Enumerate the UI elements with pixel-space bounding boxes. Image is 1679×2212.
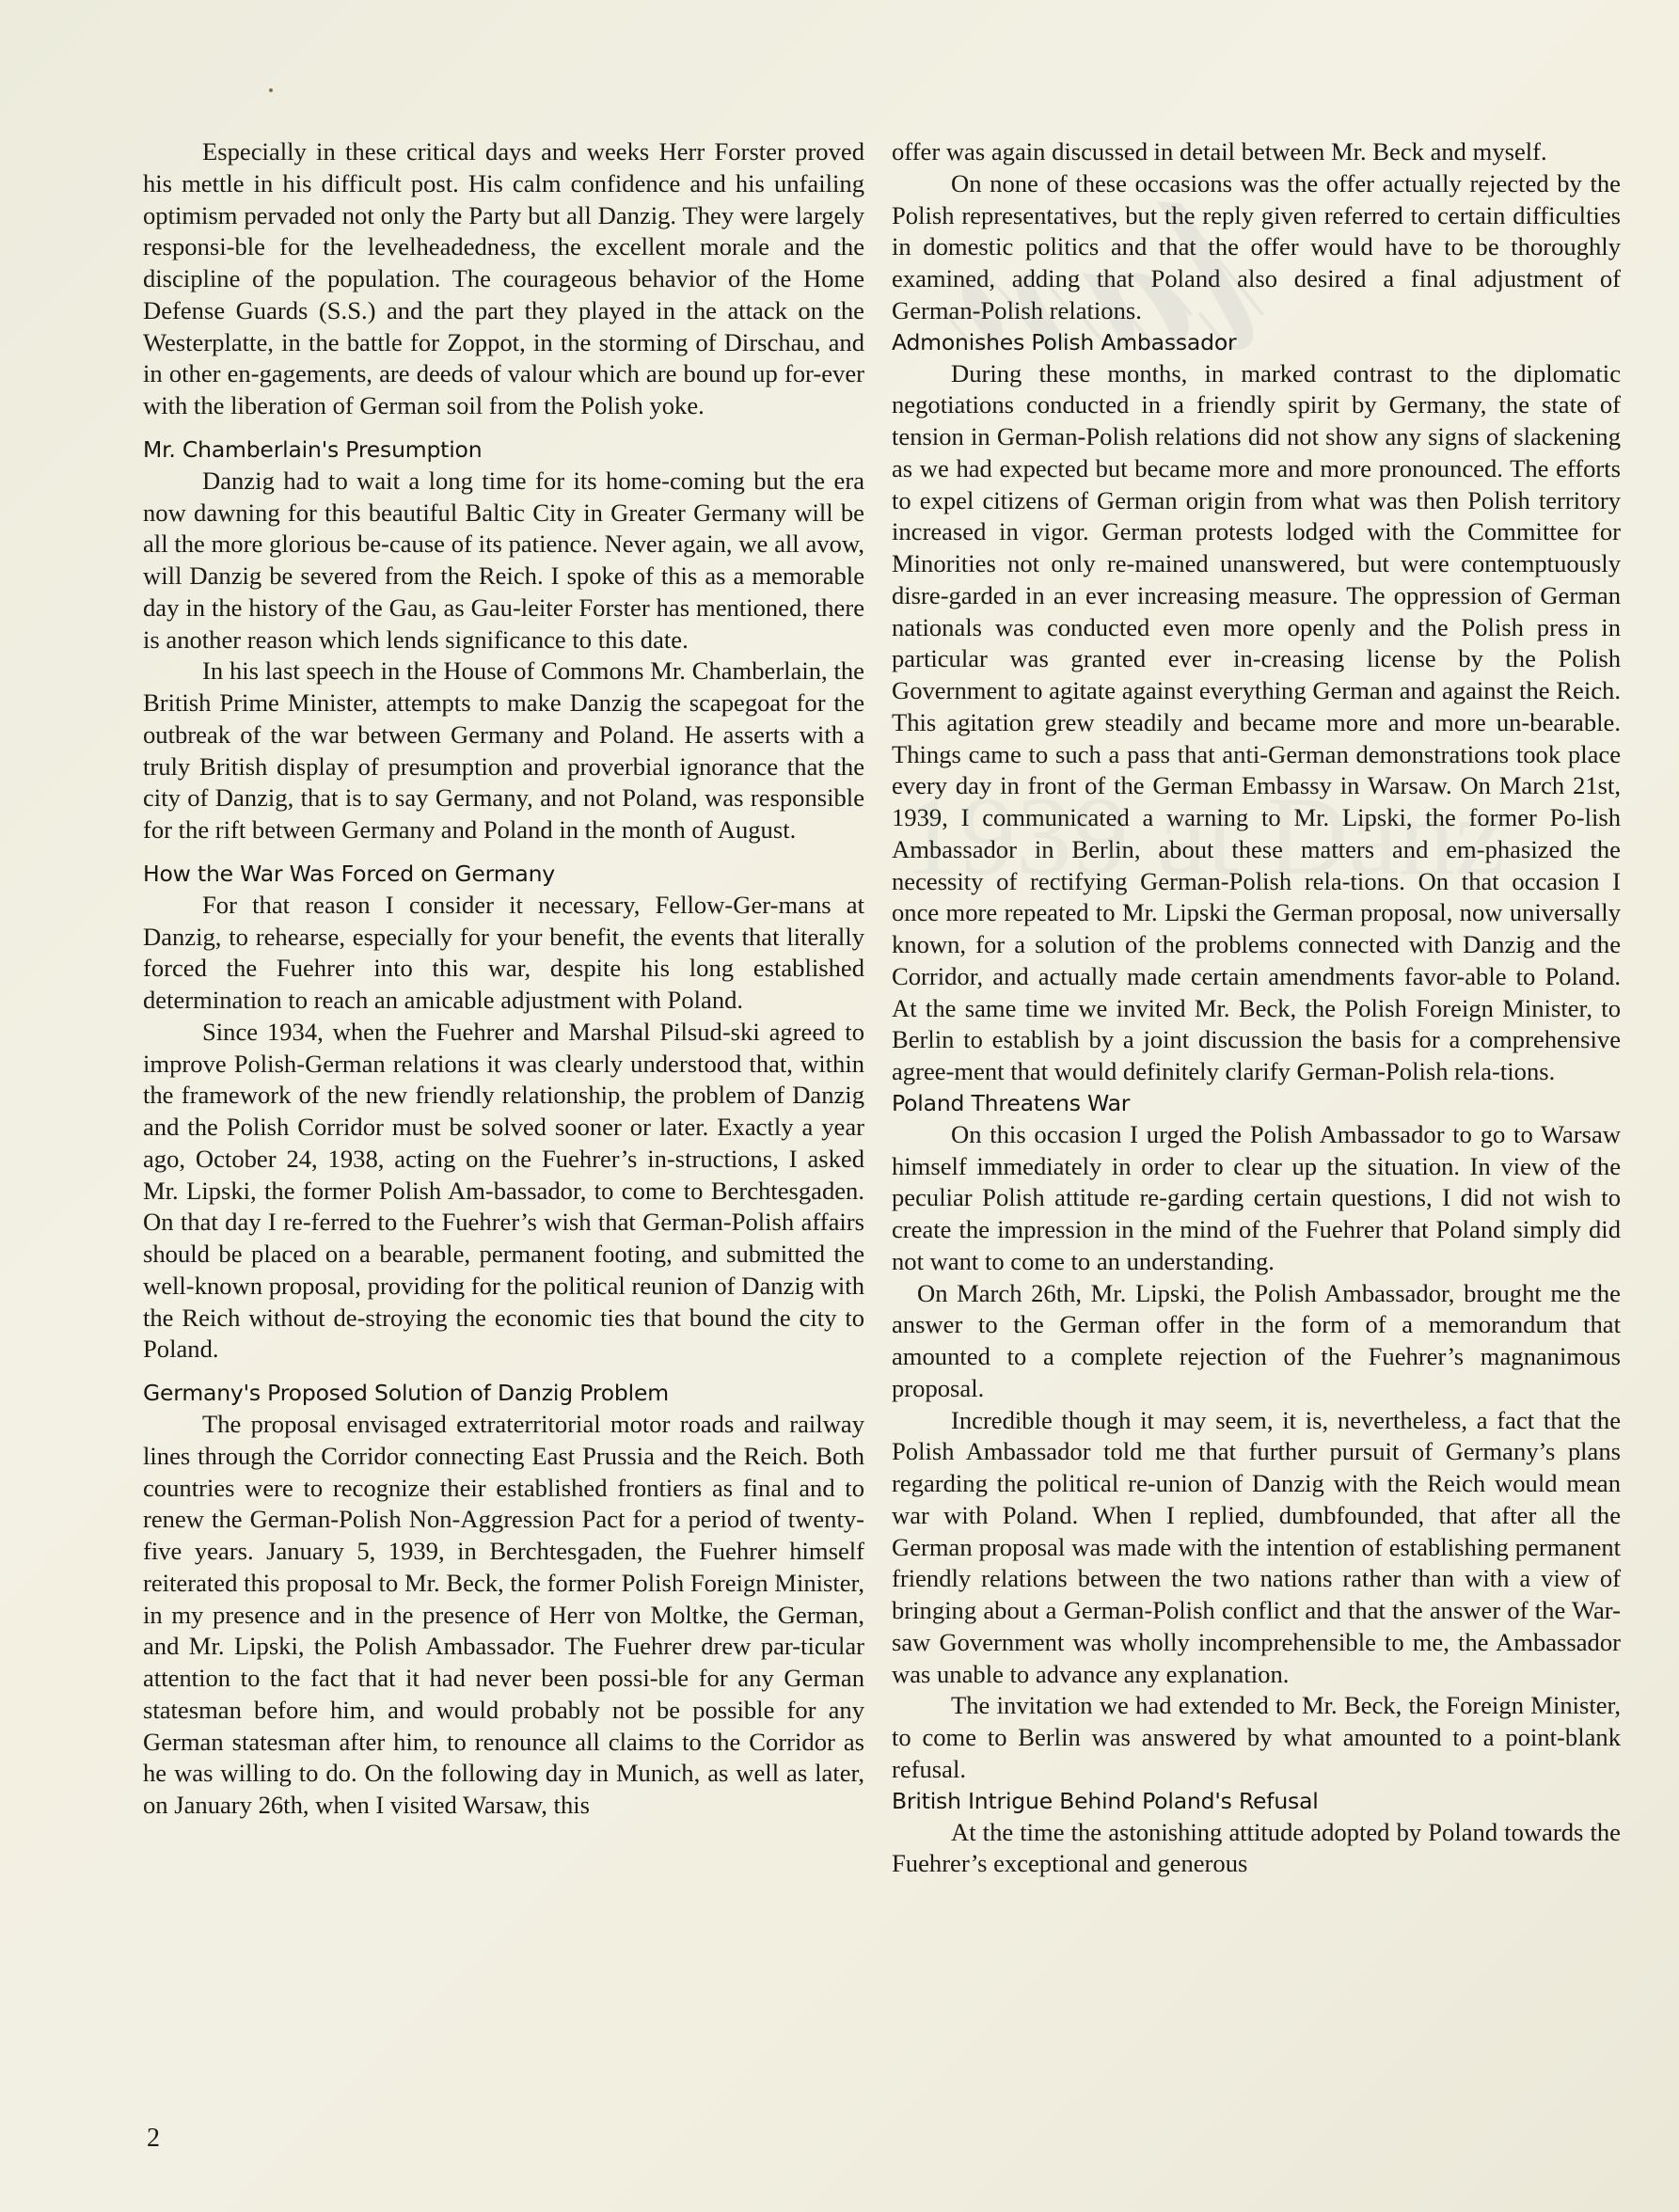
section-heading: Germany's Proposed Solution of Danzig Pr… [143,1378,864,1409]
document-page: 𝓁𝒶𝓃 1939 at Danz Especially in these cri… [0,0,1679,2212]
section-heading: Poland Threatens War [892,1088,1621,1119]
section-heading: How the War Was Forced on Germany [143,859,864,890]
paragraph: On this occasion I urged the Polish Amba… [892,1119,1621,1278]
paragraph: Incredible though it may seem, it is, ne… [892,1405,1621,1691]
right-column: offer was again discussed in detail betw… [892,136,1621,1880]
page-number: 2 [147,2124,160,2154]
section-heading: Mr. Chamberlain's Presumption [143,434,864,466]
paragraph: During these months, in marked contrast … [892,358,1621,1088]
paragraph: Danzig had to wait a long time for its h… [143,466,864,656]
paragraph: The invitation we had extended to Mr. Be… [892,1690,1621,1785]
paragraph: On none of these occasions was the offer… [892,168,1621,327]
paragraph: On March 26th, Mr. Lipski, the Polish Am… [892,1278,1621,1405]
paragraph: Since 1934, when the Fuehrer and Marshal… [143,1017,864,1366]
section-heading: British Intrigue Behind Poland's Refusal [892,1786,1621,1817]
paragraph: At the time the astonishing attitude ado… [892,1817,1621,1881]
paper-speck [269,88,273,92]
paragraph: offer was again discussed in detail betw… [892,136,1621,168]
paragraph: For that reason I consider it necessary,… [143,890,864,1017]
paragraph: The proposal envisaged extraterritorial … [143,1409,864,1822]
paragraph: In his last speech in the House of Commo… [143,656,864,846]
left-column: Especially in these critical days and we… [143,136,864,1822]
paragraph: Especially in these critical days and we… [143,136,864,422]
section-heading: Admonishes Polish Ambassador [892,327,1621,358]
